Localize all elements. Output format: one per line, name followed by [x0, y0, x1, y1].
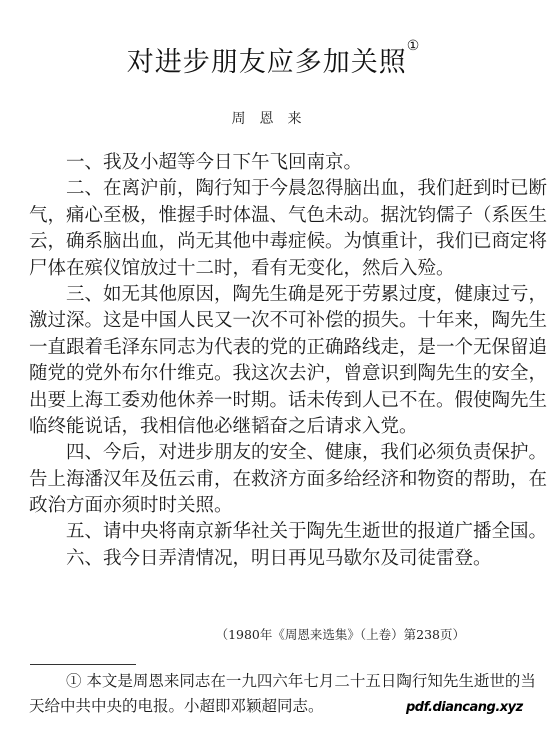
source-citation: （1980年《周恩来选集》（上卷）第238页） — [216, 625, 465, 643]
body-line: 临终能说话，我相信他必继韬奋之后请求入党。 — [29, 414, 514, 440]
body-line: 一直跟着毛泽东同志为代表的党的正确路线走，是一个无保留追 — [29, 335, 514, 361]
body-line: 二、在离沪前，陶行知于今晨忽得脑出血，我们赶到时已断 — [29, 176, 514, 202]
title-text: 对进步朋友应多加关照 — [127, 47, 407, 78]
body-line: 三、如无其他原因，陶先生确是死于劳累过度，健康过亏，刺 — [29, 282, 514, 308]
body-line: 四、今后，对进步朋友的安全、健康，我们必须负责保护。已 — [29, 440, 514, 466]
watermark: pdf.diancang.xyz — [406, 700, 523, 715]
body-line: 政治方面亦须时时关照。 — [29, 493, 514, 519]
body-line: 激过深。这是中国人民又一次不可补偿的损失。十年来，陶先生 — [29, 308, 514, 334]
body-line: 告上海潘汉年及伍云甫，在救济方面多给经济和物资的帮助，在 — [29, 467, 514, 493]
author-name: 周恩来 — [0, 108, 547, 128]
body-line: 六、我今日弄清情况，明日再见马歇尔及司徒雷登。 — [29, 546, 514, 572]
body-line: 一、我及小超等今日下午飞回南京。 — [29, 150, 514, 176]
body-line: 五、请中央将南京新华社关于陶先生逝世的报道广播全国。 — [29, 519, 514, 545]
body-line: 出要上海工委劝他休养一时期。话未传到人已不在。假使陶先生 — [29, 388, 514, 414]
body-line: 气，痛心至极，惟握手时体温、气色未动。据沈钧儒子（系医生） — [29, 203, 514, 229]
body-line: 尸体在殡仪馆放过十二时，看有无变化，然后入殓。 — [29, 256, 514, 282]
body-line: 随党的党外布尔什维克。我这次去沪，曾意识到陶先生的安全，提 — [29, 361, 514, 387]
document-title: 对进步朋友应多加关照① — [0, 40, 547, 79]
document-body: 一、我及小超等今日下午飞回南京。 二、在离沪前，陶行知于今晨忽得脑出血，我们赶到… — [29, 150, 514, 572]
footnote-marker: ① — [407, 38, 421, 54]
footnote-divider — [30, 664, 136, 665]
footnote-line: ① 本文是周恩来同志在一九四六年七月二十五日陶行知先生逝世的当 — [29, 669, 514, 694]
body-line: 云，确系脑出血，尚无其他中毒症候。为慎重计，我们已商定将 — [29, 229, 514, 255]
